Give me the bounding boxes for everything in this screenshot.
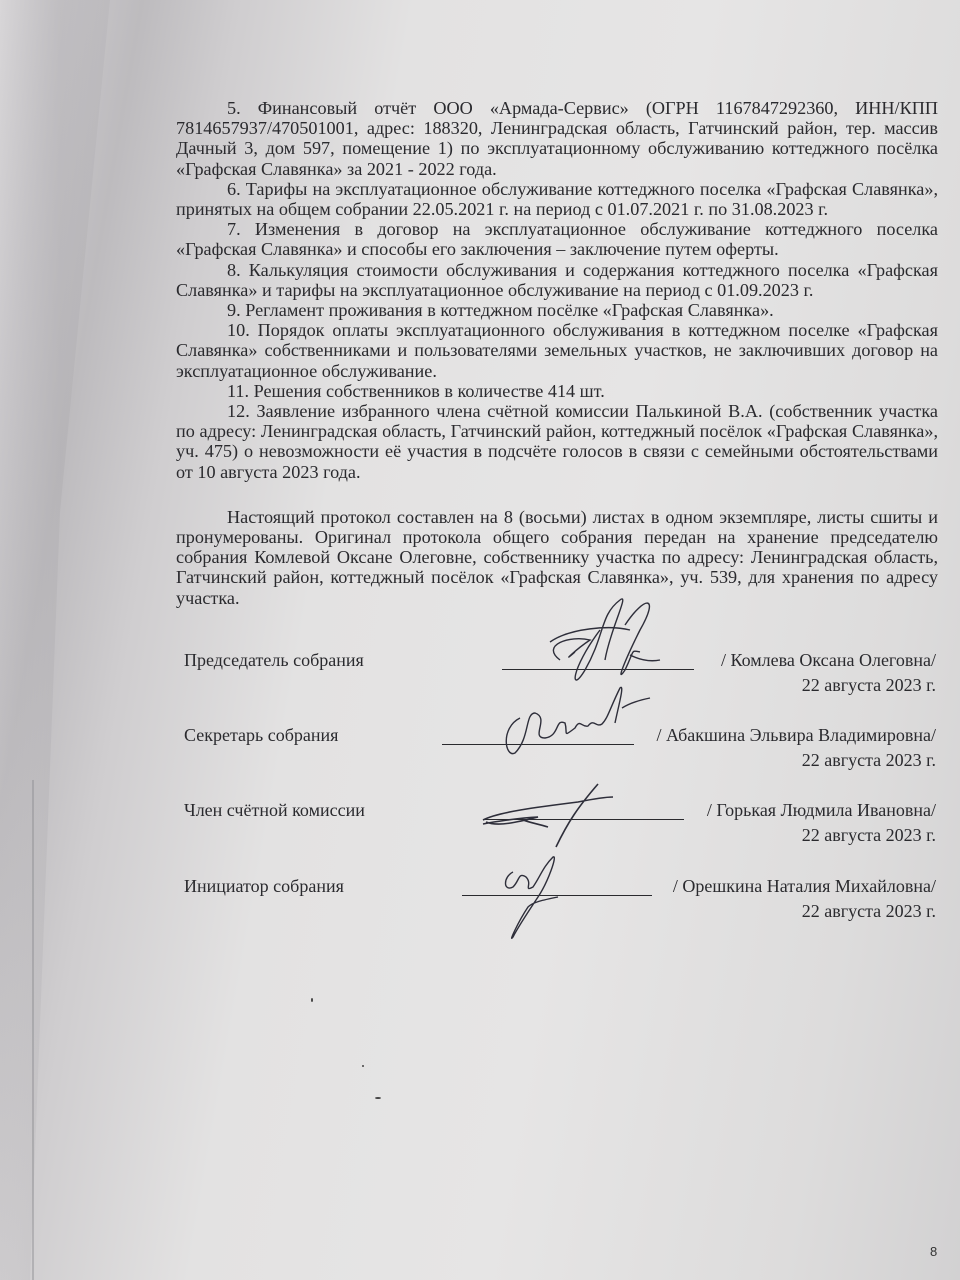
signature-row-secretary: Секретарь собрания / Абакшина Эльвира Вл…: [176, 725, 938, 785]
signature-row-chairman: Председатель собрания / Комлева Оксана О…: [176, 650, 938, 710]
page-fold-shadow: [0, 0, 200, 1280]
signature-line: [484, 818, 684, 820]
list-item-8: 8. Калькуляция стоимости обслуживания и …: [176, 260, 938, 300]
signature-line: [462, 894, 652, 896]
signature-line: [442, 743, 634, 745]
list-item-7: 7. Изменения в договор на эксплуатационн…: [176, 219, 938, 259]
signatory-name: / Орешкина Наталия Михайловна/: [673, 876, 936, 897]
signature-row-initiator: Инициатор собрания / Орешкина Наталия Ми…: [176, 876, 938, 936]
signature-role: Инициатор собрания: [184, 876, 344, 897]
list-item-10: 10. Порядок оплаты эксплуатационного обс…: [176, 320, 938, 381]
list-item-9: 9. Регламент проживания в коттеджном пос…: [176, 300, 938, 320]
paper-speck: [362, 1065, 364, 1067]
signature-role: Член счётной комиссии: [184, 800, 365, 821]
signature-date: 22 августа 2023 г.: [802, 750, 936, 771]
page-edge-line: [32, 780, 34, 1280]
page-number: 8: [930, 1244, 937, 1259]
signature-line: [502, 668, 694, 670]
signature-date: 22 августа 2023 г.: [802, 825, 936, 846]
document-page: 5. Финансовый отчёт ООО «Армада-Сервис» …: [176, 98, 938, 608]
signatory-name: / Абакшина Эльвира Владимировна/: [657, 725, 936, 746]
list-item-12: 12. Заявление избранного члена счётной к…: [176, 401, 938, 482]
signature-date: 22 августа 2023 г.: [802, 901, 936, 922]
signatory-name: / Горькая Людмила Ивановна/: [707, 800, 936, 821]
signatory-name: / Комлева Оксана Олеговна/: [721, 650, 936, 671]
list-item-11: 11. Решения собственников в количестве 4…: [176, 381, 938, 401]
list-item-5: 5. Финансовый отчёт ООО «Армада-Сервис» …: [176, 98, 938, 179]
list-item-6: 6. Тарифы на эксплуатационное обслуживан…: [176, 179, 938, 219]
signature-row-counting-commission: Член счётной комиссии / Горькая Людмила …: [176, 800, 938, 860]
closing-paragraph: Настоящий протокол составлен на 8 (восьм…: [176, 507, 938, 608]
paper-speck: [311, 998, 313, 1002]
signature-date: 22 августа 2023 г.: [802, 675, 936, 696]
signature-role: Председатель собрания: [184, 650, 364, 671]
signature-role: Секретарь собрания: [184, 725, 338, 746]
paper-speck: [375, 1097, 381, 1099]
